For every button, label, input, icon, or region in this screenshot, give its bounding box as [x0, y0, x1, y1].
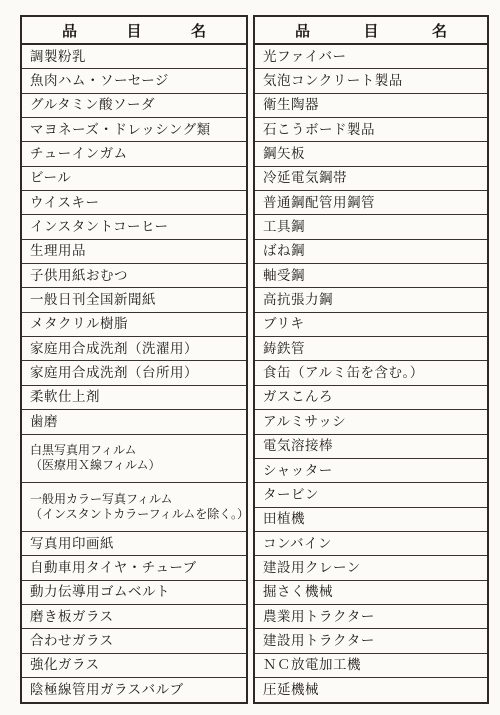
- table-row: 自動車用タイヤ・チューブ: [22, 556, 246, 580]
- item-name-label: 軸受鋼: [263, 268, 485, 284]
- header-char: 目: [126, 20, 141, 41]
- table-row: ブリキ: [255, 313, 487, 337]
- table-row: ガスこんろ: [255, 386, 487, 410]
- scanned-document-page: 品 目 名 調製粉乳魚肉ハム・ソーセージグルタミン酸ソーダマヨネーズ・ドレッシン…: [0, 0, 500, 715]
- item-name-label: 合わせガラス: [30, 633, 244, 649]
- table-row: 田植機: [255, 508, 487, 532]
- table-row: ビール: [22, 167, 246, 191]
- item-table-left: 品 目 名 調製粉乳魚肉ハム・ソーセージグルタミン酸ソーダマヨネーズ・ドレッシン…: [20, 15, 248, 704]
- item-name-label: ビール: [30, 170, 244, 186]
- table-row: インスタントコーヒー: [22, 215, 246, 239]
- table-row: 建設用クレーン: [255, 556, 487, 580]
- item-name-label: インスタントコーヒー: [30, 219, 244, 235]
- table-row: コンバイン: [255, 532, 487, 556]
- item-name-label: ブリキ: [263, 316, 485, 332]
- item-name-label: 光ファイバー: [263, 49, 485, 65]
- table-row: 一般日刊全国新聞紙: [22, 288, 246, 312]
- item-name-label: 石こうボード製品: [263, 122, 485, 138]
- table-row: 掘さく機械: [255, 581, 487, 605]
- item-name-label: 柔軟仕上剤: [30, 389, 244, 405]
- table-row: ＮＣ放電加工機: [255, 654, 487, 678]
- item-name-label: 強化ガラス: [30, 657, 244, 673]
- table-row: 一般用カラー写真フィルム（インスタントカラーフィルムを除く。）: [22, 483, 246, 532]
- item-name-label: コンバイン: [263, 536, 485, 552]
- item-name-label: 白黒写真用フィルム: [30, 443, 244, 458]
- table-row: 気泡コンクリート製品: [255, 69, 487, 93]
- header-char: 名: [432, 20, 447, 41]
- item-name-label: 田植機: [263, 511, 485, 527]
- table-row: グルタミン酸ソーダ: [22, 94, 246, 118]
- table-row: 陰極線管用ガラスバルブ: [22, 678, 246, 702]
- item-table-right: 品 目 名 光ファイバー気泡コンクリート製品衛生陶器石こうボード製品鋼矢板冷延電…: [253, 15, 489, 704]
- item-name-label: チューインガム: [30, 146, 244, 162]
- header-char: 目: [363, 20, 378, 41]
- table-row: 石こうボード製品: [255, 118, 487, 142]
- item-name-label: 建設用トラクター: [263, 633, 485, 649]
- column-header-left: 品 目 名: [22, 17, 246, 45]
- item-name-label: 歯磨: [30, 414, 244, 430]
- item-name-label: （インスタントカラーフィルムを除く。）: [30, 507, 244, 522]
- item-name-label: 高抗張力鋼: [263, 292, 485, 308]
- header-char: 名: [191, 20, 206, 41]
- table-row: 冷延電気鋼帯: [255, 167, 487, 191]
- item-name-label: 動力伝導用ゴムベルト: [30, 584, 244, 600]
- table-row: 電気溶接棒: [255, 435, 487, 459]
- item-name-label: 陰極線管用ガラスバルブ: [30, 682, 244, 698]
- table-row: 家庭用合成洗剤（台所用）: [22, 361, 246, 385]
- table-row: メタクリル樹脂: [22, 313, 246, 337]
- table-row: 家庭用合成洗剤（洗濯用）: [22, 337, 246, 361]
- item-name-label: 調製粉乳: [30, 49, 244, 65]
- table-row: 柔軟仕上剤: [22, 386, 246, 410]
- item-name-label: 家庭用合成洗剤（台所用）: [30, 365, 244, 381]
- item-name-label: 農業用トラクター: [263, 609, 485, 625]
- table-row: 建設用トラクター: [255, 629, 487, 653]
- table-row: 鋳鉄管: [255, 337, 487, 361]
- column-header-right: 品 目 名: [255, 17, 487, 45]
- table-row: 農業用トラクター: [255, 605, 487, 629]
- table-row: 高抗張力鋼: [255, 288, 487, 312]
- item-name-label: 魚肉ハム・ソーセージ: [30, 73, 244, 89]
- table-row: 光ファイバー: [255, 45, 487, 69]
- table-row: ばね鋼: [255, 240, 487, 264]
- item-name-label: 自動車用タイヤ・チューブ: [30, 560, 244, 576]
- item-name-label: 圧延機械: [263, 682, 485, 698]
- table-row: 調製粉乳: [22, 45, 246, 69]
- table-row: 動力伝導用ゴムベルト: [22, 581, 246, 605]
- table-row: シャッター: [255, 459, 487, 483]
- item-name-label: タービン: [263, 487, 485, 503]
- item-name-label: アルミサッシ: [263, 414, 485, 430]
- item-name-label: シャッター: [263, 463, 485, 479]
- table-row: 衛生陶器: [255, 94, 487, 118]
- item-name-label: 鋳鉄管: [263, 341, 485, 357]
- item-name-label: 掘さく機械: [263, 584, 485, 600]
- item-name-label: グルタミン酸ソーダ: [30, 97, 244, 113]
- item-name-label: 生理用品: [30, 243, 244, 259]
- table-row: 子供用紙おむつ: [22, 264, 246, 288]
- item-name-label: 工具鋼: [263, 219, 485, 235]
- item-name-label: ばね鋼: [263, 243, 485, 259]
- item-name-label: 写真用印画紙: [30, 536, 244, 552]
- item-name-label: 建設用クレーン: [263, 560, 485, 576]
- table-row: ウイスキー: [22, 191, 246, 215]
- item-name-label: 電気溶接棒: [263, 438, 485, 454]
- item-name-label: ウイスキー: [30, 195, 244, 211]
- table-row: タービン: [255, 483, 487, 507]
- item-name-label: 普通鋼配管用鋼管: [263, 195, 485, 211]
- item-name-label: 一般日刊全国新聞紙: [30, 292, 244, 308]
- table-row: 鋼矢板: [255, 142, 487, 166]
- table-row: マヨネーズ・ドレッシング類: [22, 118, 246, 142]
- item-name-label: 冷延電気鋼帯: [263, 170, 485, 186]
- item-name-label: 子供用紙おむつ: [30, 268, 244, 284]
- item-name-tables: 品 目 名 調製粉乳魚肉ハム・ソーセージグルタミン酸ソーダマヨネーズ・ドレッシン…: [20, 15, 489, 704]
- table-row: 圧延機械: [255, 678, 487, 702]
- table-row: 合わせガラス: [22, 629, 246, 653]
- item-name-label: 磨き板ガラス: [30, 609, 244, 625]
- table-row: アルミサッシ: [255, 410, 487, 434]
- item-name-label: マヨネーズ・ドレッシング類: [30, 122, 244, 138]
- table-row: 工具鋼: [255, 215, 487, 239]
- item-name-label: 鋼矢板: [263, 146, 485, 162]
- header-char: 品: [62, 20, 77, 41]
- item-name-label: 家庭用合成洗剤（洗濯用）: [30, 341, 244, 357]
- item-name-label: 気泡コンクリート製品: [263, 73, 485, 89]
- item-name-label: 衛生陶器: [263, 97, 485, 113]
- table-row: 写真用印画紙: [22, 532, 246, 556]
- item-name-label: 一般用カラー写真フィルム: [30, 492, 244, 507]
- table-body-left: 調製粉乳魚肉ハム・ソーセージグルタミン酸ソーダマヨネーズ・ドレッシング類チューイ…: [22, 45, 246, 702]
- header-char: 品: [295, 20, 310, 41]
- table-body-right: 光ファイバー気泡コンクリート製品衛生陶器石こうボード製品鋼矢板冷延電気鋼帯普通鋼…: [255, 45, 487, 702]
- table-row: 食缶（アルミ缶を含む。）: [255, 361, 487, 385]
- item-name-label: 食缶（アルミ缶を含む。）: [263, 365, 485, 381]
- table-row: 歯磨: [22, 410, 246, 434]
- table-row: 強化ガラス: [22, 654, 246, 678]
- table-row: 軸受鋼: [255, 264, 487, 288]
- table-row: 白黒写真用フィルム（医療用Ｘ線フィルム）: [22, 435, 246, 484]
- item-name-label: ガスこんろ: [263, 389, 485, 405]
- table-row: 普通鋼配管用鋼管: [255, 191, 487, 215]
- table-row: 磨き板ガラス: [22, 605, 246, 629]
- item-name-label: （医療用Ｘ線フィルム）: [30, 458, 244, 473]
- table-row: 生理用品: [22, 240, 246, 264]
- table-row: 魚肉ハム・ソーセージ: [22, 69, 246, 93]
- table-row: チューインガム: [22, 142, 246, 166]
- item-name-label: メタクリル樹脂: [30, 316, 244, 332]
- item-name-label: ＮＣ放電加工機: [263, 657, 485, 673]
